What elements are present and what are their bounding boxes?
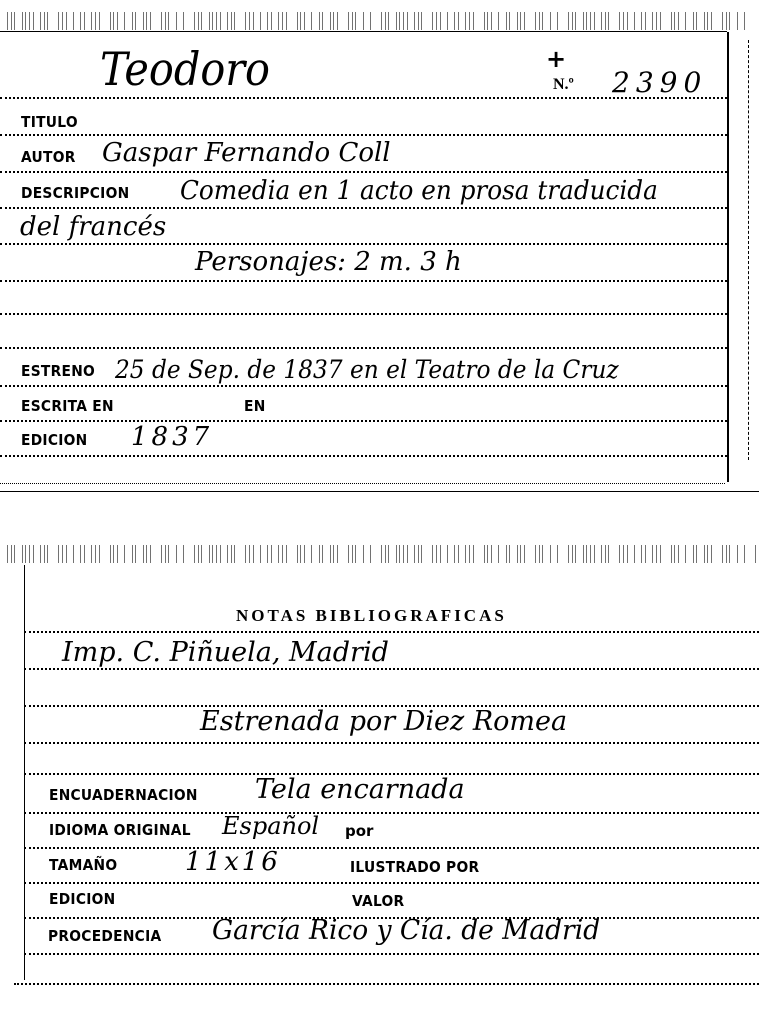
field-label-ilustrado-por: ILUSTRADO POR — [350, 858, 479, 876]
rule-tamano — [24, 882, 759, 884]
card-bottom-faint-rule — [0, 483, 725, 484]
field-label-tamano: TAMAÑO — [49, 856, 117, 874]
rule-blank-1 — [0, 313, 727, 315]
field-label-estreno: ESTRENO — [21, 362, 95, 380]
field-value-idioma-original: Español — [222, 812, 319, 840]
field-label-autor: AUTOR — [21, 148, 76, 166]
cross-mark: + — [546, 45, 566, 73]
field-value-tamano: 11x16 — [185, 847, 281, 877]
field-label-encuadernacion: ENCUADERNACION — [49, 786, 198, 804]
field-label-en: EN — [244, 397, 266, 415]
field-label-descripcion: DESCRIPCION — [21, 184, 129, 202]
card-title: Teodoro — [100, 42, 270, 96]
number-label: N.º — [553, 76, 574, 94]
rule-note-2 — [24, 742, 759, 744]
field-label-procedencia: PROCEDENCIA — [48, 927, 161, 945]
rule-descripcion-2 — [0, 243, 727, 245]
rule-edicion — [0, 455, 727, 457]
field-value-encuadernacion: Tela encarnada — [255, 774, 465, 805]
field-label-idioma-original: IDIOMA ORIGINAL — [49, 821, 191, 839]
rule-heading — [24, 631, 759, 633]
field-label-por: por — [345, 822, 373, 840]
card-right-border — [727, 32, 729, 482]
rule-blank-2 — [0, 347, 727, 349]
card-top-edge-noise — [0, 12, 748, 30]
card-outer-edge — [748, 40, 749, 460]
field-label-titulo: TITULO — [21, 113, 78, 131]
card-top-border — [0, 31, 727, 32]
field-label-valor: VALOR — [352, 892, 404, 910]
rule-encuadernacion — [24, 812, 759, 814]
rule-estreno — [0, 385, 727, 387]
card-bottom-edge — [0, 491, 759, 492]
rule-descripcion — [0, 207, 727, 209]
rule-last — [14, 983, 759, 985]
catalog-number: 2390 — [612, 66, 707, 99]
rule-autor — [0, 171, 727, 173]
rule-escrita-en — [0, 420, 727, 422]
field-value-autor: Gaspar Fernando Coll — [102, 138, 391, 168]
field-value-estreno: 25 de Sep. de 1837 en el Teatro de la Cr… — [115, 355, 619, 384]
field-value-descripcion: Comedia en 1 acto en prosa traducida — [180, 176, 658, 206]
note-line-2: Estrenada por Diez Romea — [200, 706, 567, 737]
rule-descripcion-3 — [0, 280, 727, 282]
field-label-edicion: EDICION — [21, 431, 87, 449]
rule-note-1 — [24, 668, 759, 670]
field-value-descripcion-line2: del francés — [20, 212, 166, 242]
field-value-procedencia: García Rico y Cía. de Madrid — [212, 915, 600, 946]
note-line-1: Imp. C. Piñuela, Madrid — [62, 637, 389, 668]
card-back-top-edge-noise — [0, 545, 759, 563]
field-value-edicion: 1837 — [131, 422, 213, 452]
rule-idioma — [24, 847, 759, 849]
field-value-personajes: Personajes: 2 m. 3 h — [195, 247, 462, 277]
rule-title — [0, 97, 727, 99]
field-label-edicion-back: EDICION — [49, 890, 115, 908]
rule-procedencia — [24, 953, 759, 955]
notes-heading: NOTAS BIBLIOGRAFICAS — [236, 606, 507, 626]
rule-titulo — [0, 134, 727, 136]
field-label-escrita-en: ESCRITA EN — [21, 397, 114, 415]
